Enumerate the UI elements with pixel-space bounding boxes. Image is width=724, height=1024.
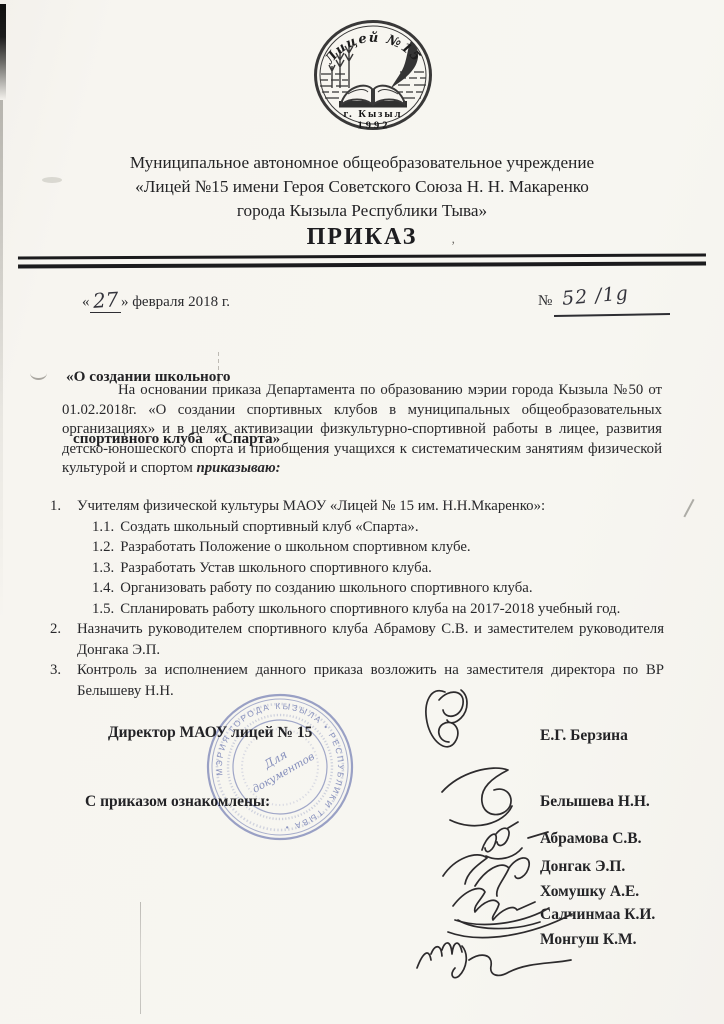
scan-crescent-mark xyxy=(30,366,47,380)
rule-bottom xyxy=(18,261,706,268)
order-subitem: 1.3.Разработать Устав школьного спортивн… xyxy=(48,558,664,579)
stamp-ring-text: МЭРИЯ ГОРОДА КЫЗЫЛА • РЕСПУБЛИКИ ТЫВА • xyxy=(194,688,366,846)
school-emblem-icon: Лицей №15 г. Кызыл 1992 xyxy=(308,16,438,134)
date-suffix: » февраля 2018 г. xyxy=(121,294,230,310)
emblem-year-label: 1992 xyxy=(358,121,391,132)
order-item-1: 1. Учителям физической культуры МАОУ «Ли… xyxy=(48,496,664,517)
signature-salchinmaa xyxy=(448,914,572,938)
org-name-line3: города Кызыла Республики Тыва» xyxy=(42,199,682,223)
order-keyword: приказываю: xyxy=(197,460,281,476)
order-item-2: 2. Назначить руководителем спортивного к… xyxy=(48,619,664,660)
scan-fold-line-lower xyxy=(140,902,141,1014)
organization-header: Муниципальное автономное общеобразовател… xyxy=(42,151,682,223)
signature-abramova xyxy=(482,822,548,859)
date-open-quote: « xyxy=(82,294,90,310)
preamble-text: На основании приказа Департамента по обр… xyxy=(62,382,662,476)
scan-edge-shadow xyxy=(0,100,3,620)
scanned-order-document: ’ xyxy=(0,0,724,1024)
order-subitem: 1.5.Спланировать работу школьного спорти… xyxy=(48,599,664,620)
order-item-text: Учителям физической культуры МАОУ «Лицей… xyxy=(77,498,545,514)
preamble-paragraph: На основании приказа Департамента по обр… xyxy=(62,381,662,479)
official-stamp: МЭРИЯ ГОРОДА КЫЗЫЛА • РЕСПУБЛИКИ ТЫВА • … xyxy=(194,688,366,846)
document-title: ПРИКАЗ xyxy=(0,224,724,251)
signature-berzina xyxy=(426,690,467,747)
order-item-number: 1. xyxy=(50,496,61,517)
emblem-city-label: г. Кызыл xyxy=(344,109,403,120)
double-rule xyxy=(18,253,706,268)
handwritten-order-number: 52 /1g xyxy=(562,285,629,308)
org-name-line1: Муниципальное автономное общеобразовател… xyxy=(42,151,682,175)
signature-belysheva xyxy=(442,768,512,826)
scan-slash-mark xyxy=(683,499,694,517)
order-subitem: 1.2.Разработать Положение о школьном спо… xyxy=(48,537,664,558)
order-subitem: 1.1.Создать школьный спортивный клуб «Сп… xyxy=(48,517,664,538)
handwritten-day: 27 xyxy=(92,292,118,308)
scan-edge-streak xyxy=(0,4,6,100)
handwritten-signatures xyxy=(385,676,605,996)
order-number-label: № xyxy=(538,293,552,310)
signature-mongush xyxy=(417,943,571,978)
orders-list: 1. Учителям физической культуры МАОУ «Ли… xyxy=(48,496,664,701)
order-number-underline xyxy=(554,313,670,317)
date-line: «27» февраля 2018 г. xyxy=(82,292,230,312)
org-name-line2: «Лицей №15 имени Героя Советского Союза … xyxy=(42,175,682,199)
date-day-slot: 27 xyxy=(90,293,121,313)
signature-khomushku xyxy=(453,888,549,924)
signature-dongak xyxy=(443,855,529,896)
order-subitem: 1.4.Организовать работу по созданию школ… xyxy=(48,578,664,599)
rule-top xyxy=(18,253,706,259)
